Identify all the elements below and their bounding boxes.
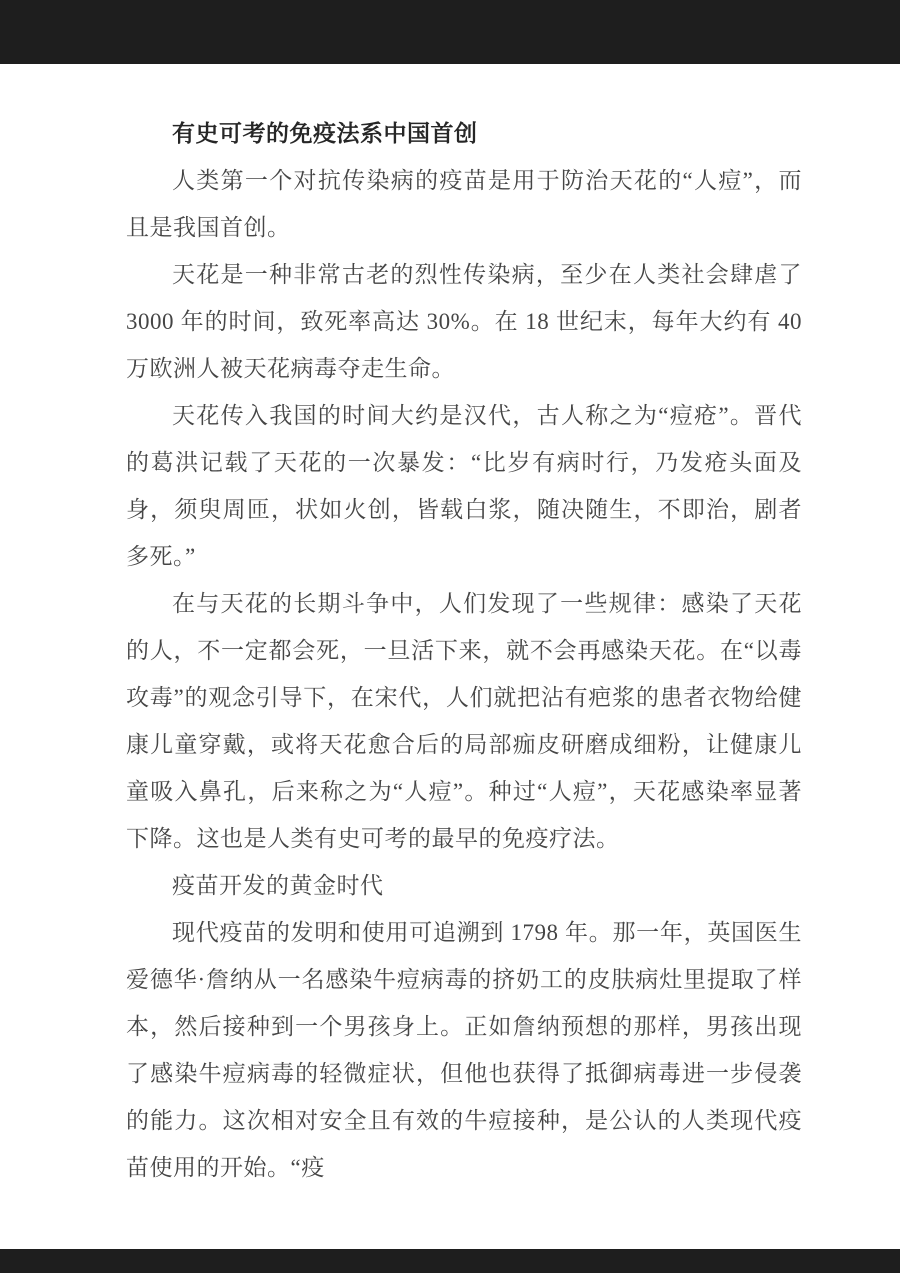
paragraph-jenner-cowpox: 现代疫苗的发明和使用可追溯到 1798 年。那一年，英国医生爱德华·詹纳从一名感… [126,909,802,1191]
document-page: 有史可考的免疫法系中国首创 人类第一个对抗传染病的疫苗是用于防治天花的“人痘”，… [0,64,900,1249]
top-chrome-bar [0,0,900,64]
section-heading-immunity-origin: 有史可考的免疫法系中国首创 [126,110,802,157]
paragraph-first-vaccine: 人类第一个对抗传染病的疫苗是用于防治天花的“人痘”，而且是我国首创。 [126,157,802,251]
paragraph-smallpox-china: 天花传入我国的时间大约是汉代，古人称之为“痘疮”。晋代的葛洪记载了天花的一次暴发… [126,392,802,580]
section-heading-golden-age: 疫苗开发的黄金时代 [126,862,802,909]
bottom-chrome-bar [0,1249,900,1273]
paragraph-smallpox-history: 天花是一种非常古老的烈性传染病，至少在人类社会肆虐了 3000 年的时间，致死率… [126,251,802,392]
paragraph-variolation: 在与天花的长期斗争中，人们发现了一些规律：感染了天花的人，不一定都会死，一旦活下… [126,580,802,862]
